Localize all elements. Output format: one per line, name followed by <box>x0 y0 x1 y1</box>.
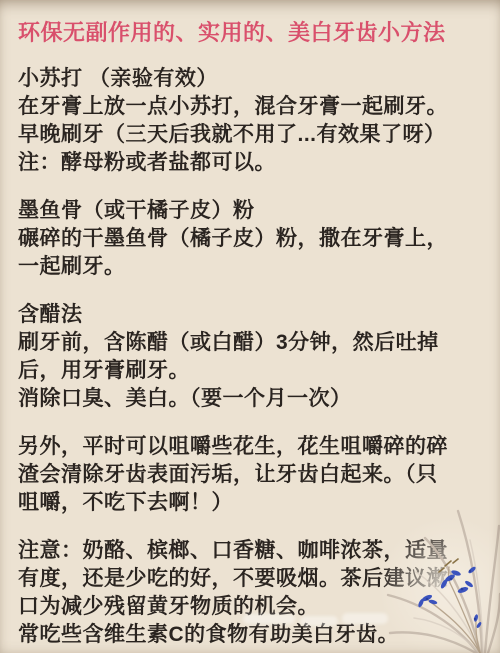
text-line: 另外，平时可以咀嚼些花生，花生咀嚼碎的碎 <box>18 433 484 461</box>
text-line: 小苏打 （亲验有效） <box>18 65 484 93</box>
text-line: 刷牙前，含陈醋（或白醋）3分钟，然后吐掉 <box>18 329 484 357</box>
paragraph: 小苏打 （亲验有效）在牙膏上放一点小苏打，混合牙膏一起刷牙。早晚刷牙（三天后我就… <box>18 65 484 177</box>
paragraph: 含醋法刷牙前，含陈醋（或白醋）3分钟，然后吐掉后，用牙膏刷牙。消除口臭、美白。（… <box>18 301 484 413</box>
text-line: 消除口臭、美白。（要一个月一次） <box>18 385 484 413</box>
text-line: 墨鱼骨（或干橘子皮）粉 <box>18 197 484 225</box>
paragraph: 墨鱼骨（或干橘子皮）粉碾碎的干墨鱼骨（橘子皮）粉，撒在牙膏上，一起刷牙。 <box>18 197 484 281</box>
text-line: 常吃些含维生素C的食物有助美白牙齿。 <box>18 621 484 649</box>
text-line: 有度，还是少吃的好，不要吸烟。茶后建议漱 <box>18 565 484 593</box>
text-line: 在牙膏上放一点小苏打，混合牙膏一起刷牙。 <box>18 93 484 121</box>
paragraph: 另外，平时可以咀嚼些花生，花生咀嚼碎的碎渣会清除牙齿表面污垢，让牙齿白起来。（只… <box>18 433 484 517</box>
sections: 小苏打 （亲验有效）在牙膏上放一点小苏打，混合牙膏一起刷牙。早晚刷牙（三天后我就… <box>18 65 484 649</box>
text-line: 注：酵母粉或者盐都可以。 <box>18 149 484 177</box>
text-line: 碾碎的干墨鱼骨（橘子皮）粉，撒在牙膏上， <box>18 225 484 253</box>
paragraph: 注意：奶酪、槟榔、口香糖、咖啡浓茶，适量有度，还是少吃的好，不要吸烟。茶后建议漱… <box>18 537 484 649</box>
text-line: 含醋法 <box>18 301 484 329</box>
text-line: 咀嚼，不吃下去啊！） <box>18 489 484 517</box>
text-line: 渣会清除牙齿表面污垢，让牙齿白起来。（只 <box>18 461 484 489</box>
text-line: 一起刷牙。 <box>18 253 484 281</box>
text-line: 后，用牙膏刷牙。 <box>18 357 484 385</box>
text-line: 口为减少残留黄牙物质的机会。 <box>18 593 484 621</box>
text-line: 注意：奶酪、槟榔、口香糖、咖啡浓茶，适量 <box>18 537 484 565</box>
note-page: 环保无副作用的、实用的、美白牙齿小方法 小苏打 （亲验有效）在牙膏上放一点小苏打… <box>0 0 500 653</box>
page-title: 环保无副作用的、实用的、美白牙齿小方法 <box>18 18 484 48</box>
text-line: 早晚刷牙（三天后我就不用了...有效果了呀） <box>18 121 484 149</box>
